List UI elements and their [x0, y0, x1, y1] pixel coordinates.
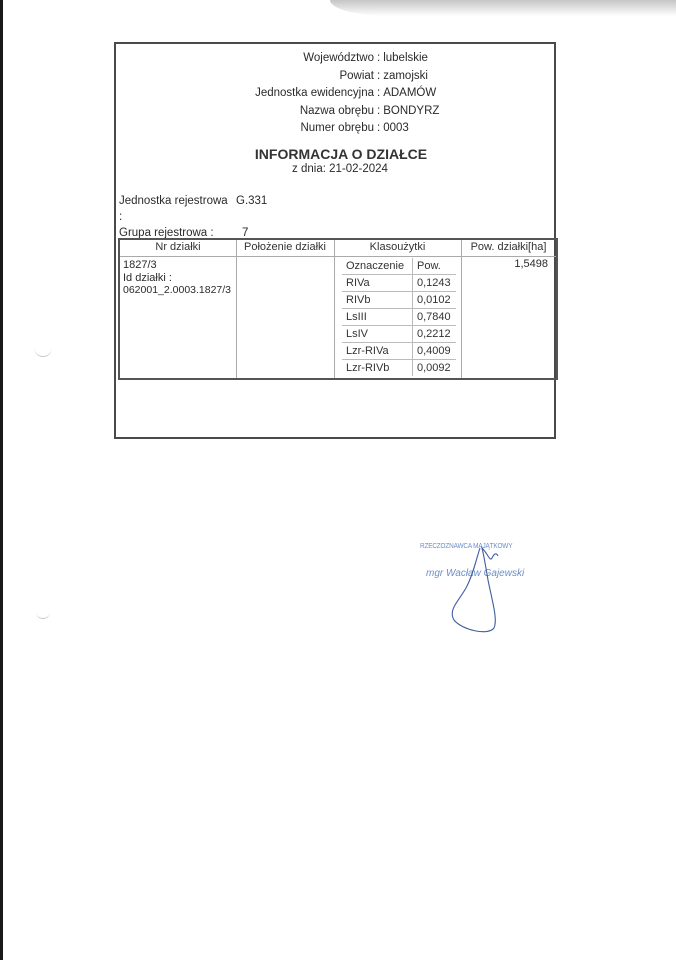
field-county: Powiat : zamojski — [116, 68, 554, 86]
location-header: Województwo : lubelskie Powiat : zamojsk… — [116, 50, 554, 138]
registry-info: Jednostka rejestrowa : G.331 Grupa rejes… — [119, 193, 267, 241]
land-class-row: LsIV 0,2212 — [342, 326, 456, 343]
land-classes-subtable: Oznaczenie Pow. RIVa 0,1243 RIVb 0,0102 … — [342, 258, 456, 376]
land-class-row: RIVb 0,0102 — [342, 292, 456, 309]
land-class-row: LsIII 0,7840 — [342, 309, 456, 326]
document-title: INFORMACJA O DZIAŁCE — [116, 146, 554, 162]
scan-shadow — [330, 0, 676, 16]
signature-icon — [418, 540, 548, 640]
parcel-area-cell: 1,5498 — [461, 257, 556, 270]
punch-hole-top — [34, 344, 52, 357]
parcel-table: Nr działki 1827/3 Id działki : 062001_2.… — [118, 238, 558, 380]
appraiser-stamp: RZECZOZNAWCA MAJĄTKOWY mgr Wacław Gajews… — [418, 540, 548, 640]
column-parcel-area: Pow. działki[ha] 1,5498 — [461, 240, 556, 378]
parcel-number-cell: 1827/3 Id działki : 062001_2.0003.1827/3 — [120, 257, 236, 297]
land-class-row: Lzr-RIVa 0,4009 — [342, 343, 456, 360]
column-location: Położenie działki — [236, 240, 335, 378]
registry-unit-row: Jednostka rejestrowa : G.331 — [119, 193, 267, 225]
field-voivodeship: Województwo : lubelskie — [116, 50, 554, 68]
column-parcel-number: Nr działki 1827/3 Id działki : 062001_2.… — [120, 240, 237, 378]
column-land-classes: Klasoużytki Oznaczenie Pow. RIVa 0,1243 … — [334, 240, 462, 378]
field-precinct-number: Numer obrębu : 0003 — [116, 120, 554, 138]
document-date: z dnia: 21-02-2024 — [116, 163, 554, 175]
field-registry-unit: Jednostka ewidencyjna : ADAMÓW — [116, 85, 554, 103]
land-class-row: RIVa 0,1243 — [342, 275, 456, 292]
field-precinct-name: Nazwa obrębu : BONDYRZ — [116, 103, 554, 121]
land-class-header-row: Oznaczenie Pow. — [342, 258, 456, 275]
scan-left-edge — [0, 0, 3, 960]
land-class-row: Lzr-RIVb 0,0092 — [342, 360, 456, 377]
parcel-info-form: Województwo : lubelskie Powiat : zamojsk… — [114, 42, 556, 439]
punch-hole-bottom — [36, 604, 50, 619]
